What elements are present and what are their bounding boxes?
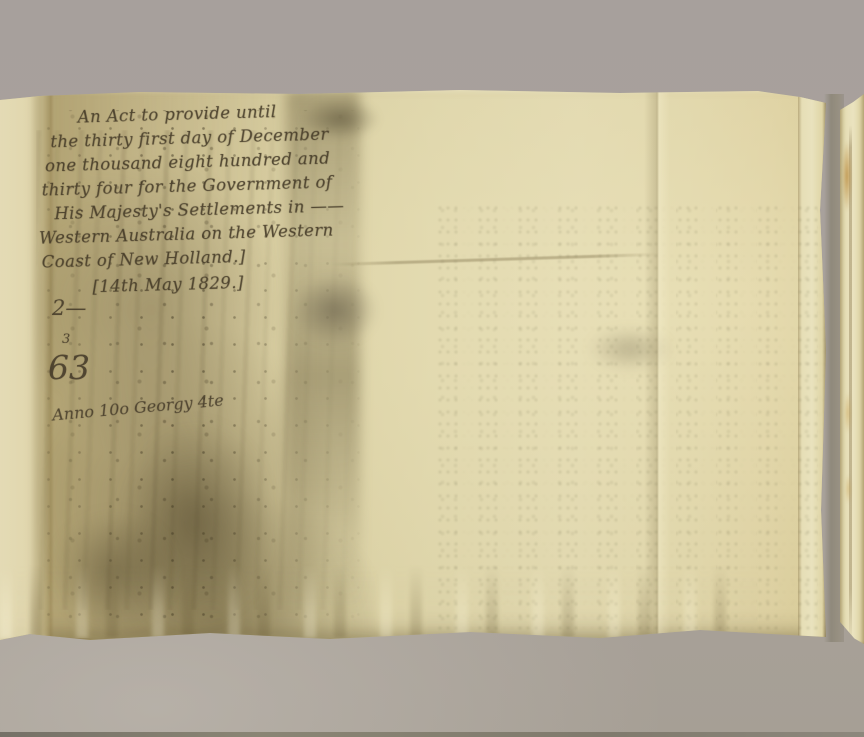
photograph-background: An Act to provide until the thirty first… xyxy=(0,0,864,737)
margin-mark-2: 2— xyxy=(52,296,86,320)
margin-number-63: 63 xyxy=(48,348,90,387)
bottom-edge-ripples xyxy=(0,564,760,638)
table-edge-line xyxy=(0,732,864,737)
orange-damage-mark xyxy=(845,474,852,504)
orange-damage-mark xyxy=(842,140,852,212)
next-membrane-strip xyxy=(840,92,864,644)
docket-title-handwriting: An Act to provide until the thirty first… xyxy=(43,98,368,301)
parchment-sheet: An Act to provide until the thirty first… xyxy=(0,90,826,640)
orange-damage-mark xyxy=(844,392,852,434)
margin-mark-3: 3 xyxy=(62,332,70,347)
